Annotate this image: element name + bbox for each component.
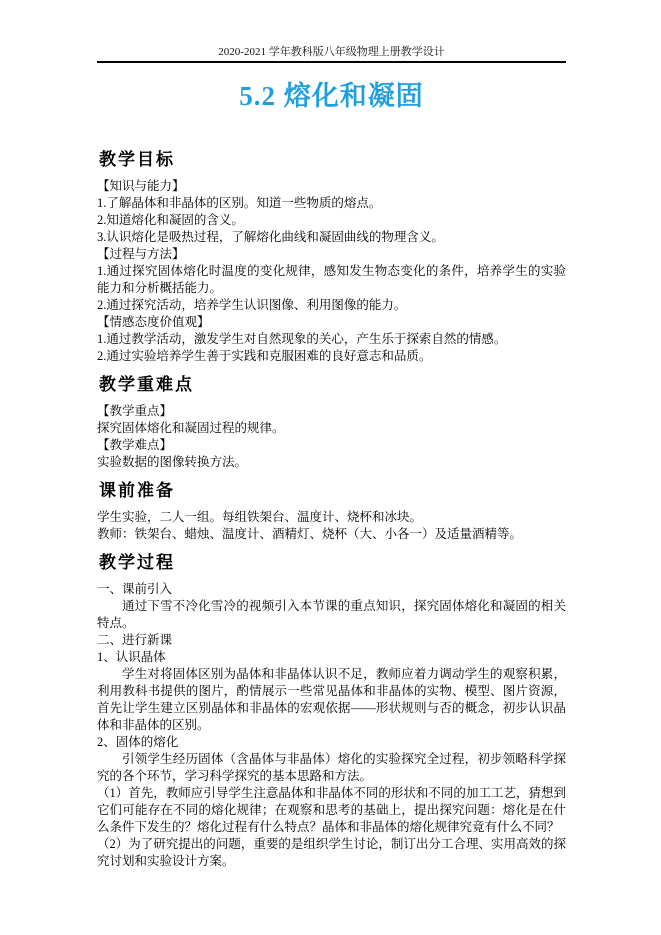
paragraph: 【过程与方法】 [97,246,566,263]
paragraph: 学生对将固体区别为晶体和非晶体认识不足，教师应着力调动学生的观察积累，利用教科书… [97,666,566,734]
paragraph: 2.通过探究活动，培养学生认识图像、利用图像的能力。 [97,297,566,314]
paragraph: 引领学生经历固体（含晶体与非晶体）熔化的实验探究全过程，初步领略科学探究的各个环… [97,751,566,785]
section-heading: 教学过程 [99,552,566,573]
paragraph: 3.认识熔化是吸热过程，了解熔化曲线和凝固曲线的物理含义。 [97,229,566,246]
section-heading: 教学重难点 [99,374,566,395]
header-rule [97,61,566,63]
paragraph: 学生实验，二人一组。每组铁架台、温度计、烧杯和冰块。 [97,509,566,526]
paragraph: （2）为了研究提出的问题，重要的是组织学生讨论，制订出分工合理、实用高效的探究讨… [97,836,566,870]
section-heading: 教学目标 [99,149,566,170]
paragraph: 一、课前引入 [97,581,566,598]
paragraph: 【知识与能力】 [97,178,566,195]
paragraph: 通过下雪不冷化雪冷的视频引入本节课的重点知识，探究固体熔化和凝固的相关特点。 [97,598,566,632]
paragraph: 1、认识晶体 [97,649,566,666]
paragraph: 1.通过探究固体熔化时温度的变化规律，感知发生物态变化的条件，培养学生的实验能力… [97,263,566,297]
section-heading: 课前准备 [99,480,566,501]
paragraph: 实验数据的图像转换方法。 [97,454,566,471]
paragraph: 1.了解晶体和非晶体的区别。知道一些物质的熔点。 [97,195,566,212]
paragraph: 探究固体熔化和凝固过程的规律。 [97,420,566,437]
paragraph: 【情感态度价值观】 [97,314,566,331]
paragraph: 二、进行新课 [97,632,566,649]
document-page: 2020-2021 学年教科版八年级物理上册教学设计 5.2 熔化和凝固 教学目… [0,0,661,935]
section-key-difficult-points: 教学重难点 【教学重点】 探究固体熔化和凝固过程的规律。 【教学难点】 实验数据… [97,374,566,471]
paragraph: 1.通过教学活动，激发学生对自然现象的关心，产生乐于探索自然的情感。 [97,331,566,348]
section-class-preparation: 课前准备 学生实验，二人一组。每组铁架台、温度计、烧杯和冰块。 教师：铁架台、蜡… [97,480,566,543]
paragraph: （1）首先，教师应引导学生注意晶体和非晶体不同的形状和不同的加工工艺，猜想到它们… [97,785,566,836]
document-header: 2020-2021 学年教科版八年级物理上册教学设计 [97,0,566,60]
paragraph: 2.知道熔化和凝固的含义。 [97,212,566,229]
paragraph: 【教学重点】 [97,403,566,420]
section-teaching-goals: 教学目标 【知识与能力】 1.了解晶体和非晶体的区别。知道一些物质的熔点。 2.… [97,149,566,365]
section-teaching-process: 教学过程 一、课前引入 通过下雪不冷化雪冷的视频引入本节课的重点知识，探究固体熔… [97,552,566,870]
paragraph: 2、固体的熔化 [97,734,566,751]
document-title: 5.2 熔化和凝固 [97,81,566,111]
paragraph: 2.通过实验培养学生善于实践和克服困难的良好意志和品质。 [97,348,566,365]
paragraph: 教师：铁架台、蜡烛、温度计、酒精灯、烧杯（大、小各一）及适量酒精等。 [97,526,566,543]
paragraph: 【教学难点】 [97,437,566,454]
